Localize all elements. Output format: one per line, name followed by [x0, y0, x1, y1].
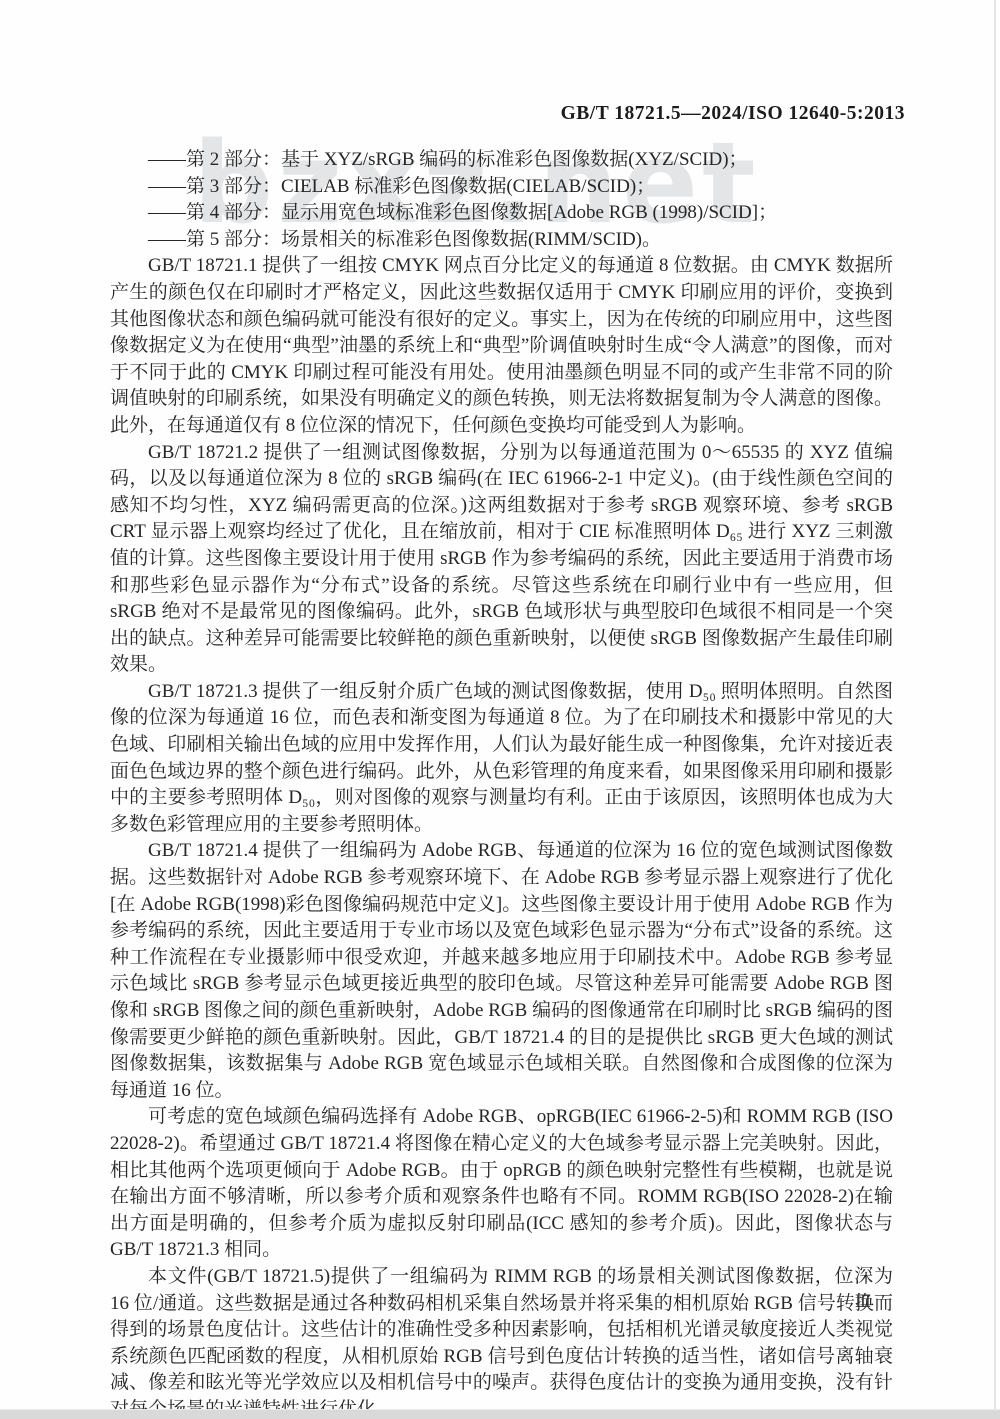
- list-item-part-2: ——第 2 部分：基于 XYZ/sRGB 编码的标准彩色图像数据(XYZ/SCI…: [110, 147, 893, 174]
- document-page: bzxz.net GB/T 18721.5—2024/ISO 12640-5:2…: [0, 0, 1000, 1419]
- body-paragraph-gbt18721-2: GB/T 18721.2 提供了一组测试图像数据，分别为以每通道范围为 0～65…: [110, 440, 893, 679]
- body-paragraph-gbt18721-3: GB/T 18721.3 提供了一组反射介质广色域的测试图像数据，使用 D₅₀ …: [110, 679, 893, 839]
- page-number: Ⅲ: [848, 1292, 878, 1312]
- list-item-part-5: ——第 5 部分：场景相关的标准彩色图像数据(RIMM/SCID)。: [110, 227, 893, 254]
- scan-edge-line: [994, 0, 996, 1411]
- scan-bottom-strip: [0, 1409, 1000, 1419]
- body-paragraph-this-document: 本文件(GB/T 18721.5)提供了一组编码为 RIMM RGB 的场景相关…: [110, 1264, 893, 1419]
- list-item-part-4: ——第 4 部分：显示用宽色域标准彩色图像数据[Adobe RGB (1998)…: [110, 200, 893, 227]
- body-paragraph-gbt18721-1: GB/T 18721.1 提供了一组按 CMYK 网点百分比定义的每通道 8 位…: [110, 253, 893, 439]
- body-paragraph-wide-gamut-choices: 可考虑的宽色域颜色编码选择有 Adobe RGB、opRGB(IEC 61966…: [110, 1104, 893, 1264]
- list-item-part-3: ——第 3 部分：CIELAB 标准彩色图像数据(CIELAB/SCID)；: [110, 174, 893, 201]
- document-content: ——第 2 部分：基于 XYZ/sRGB 编码的标准彩色图像数据(XYZ/SCI…: [110, 147, 893, 1419]
- body-paragraph-gbt18721-4: GB/T 18721.4 提供了一组编码为 Adobe RGB、每通道的位深为 …: [110, 838, 893, 1104]
- standard-number-header: GB/T 18721.5—2024/ISO 12640-5:2013: [561, 103, 905, 125]
